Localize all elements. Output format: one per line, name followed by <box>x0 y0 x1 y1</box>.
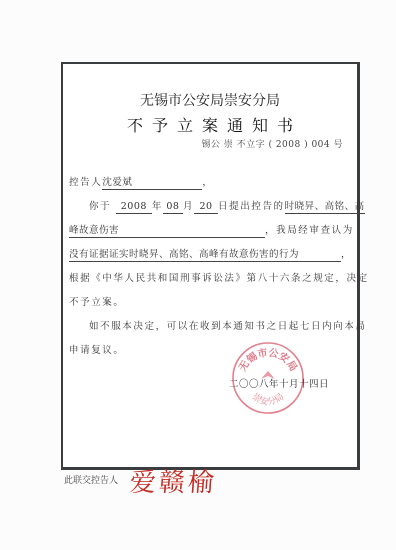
svg-text:无锡市公安局: 无锡市公安局 <box>236 346 301 374</box>
finding-suffix: ， <box>341 249 352 260</box>
svg-text:崇安分局: 崇安分局 <box>250 390 286 407</box>
handwritten-signature: 爱赣榆 <box>129 462 219 499</box>
complaint-date-line: 你于 2008年08月20日提出控告的时晓昇、高铭、高 <box>69 198 349 214</box>
complainant-suffix: ， <box>202 177 213 188</box>
finding-text: 没有证据证实时晓昇、高铭、高峰有故意伤害的行为 <box>69 249 341 262</box>
day-label: 日提出控告的 <box>218 201 285 212</box>
month-label: 月 <box>183 201 194 212</box>
notice-frame: 无锡市公安局崇安分局 不予立案通知书 锡公 崇 不立字 ( 2008 ) 004… <box>61 62 360 470</box>
decision-line: 不予立案。 <box>69 294 349 308</box>
finding-line: 没有证据证实时晓昇、高铭、高峰有故意伤害的行为， <box>69 246 349 262</box>
text-prefix: 你于 <box>89 201 111 212</box>
appeal-line-2: 申请复议。 <box>69 342 349 356</box>
review-text: ，我局经审查认为 <box>265 225 354 236</box>
complainant-line: 控告人沈爱斌， <box>69 174 349 190</box>
issuing-agency: 无锡市公安局崇安分局 <box>63 90 357 110</box>
accused-line-2: 峰故意伤害 <box>69 225 265 238</box>
issue-date: 二〇〇八年十月十四日 <box>229 376 329 390</box>
accused-line: 峰故意伤害，我局经审查认为 <box>69 222 349 238</box>
complainant-label: 控告人 <box>69 177 102 188</box>
document-number: 锡公 崇 不立字 ( 2008 ) 004 号 <box>201 137 343 150</box>
complaint-day: 20 <box>194 201 218 214</box>
accused-line-1: 时晓昇、高铭、高 <box>285 201 365 214</box>
law-basis-line: 根据《中华人民共和国刑事诉讼法》第八十六条之规定，决定 <box>69 270 349 284</box>
document-title: 不予立案通知书 <box>63 113 357 136</box>
year-label: 年 <box>152 201 163 212</box>
copy-note: 此联交控告人 <box>64 473 118 486</box>
appeal-line-1: 如不服本决定，可以在收到本通知书之日起七日内向本局 <box>69 318 349 332</box>
complaint-month: 08 <box>163 201 183 214</box>
complainant-name: 沈爱斌 <box>102 177 202 190</box>
complaint-year: 2008 <box>116 201 152 214</box>
